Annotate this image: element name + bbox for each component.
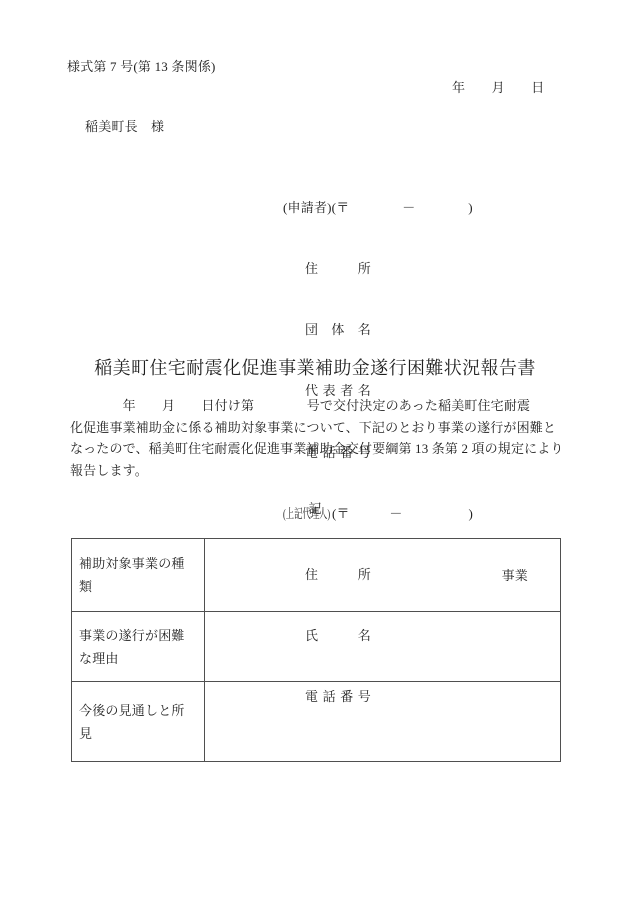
applicant-address-label: 住所 <box>305 259 371 279</box>
applicant-postal-code-field: (〒 － ) <box>332 200 473 215</box>
future-outlook-label: 今後の見通しと所見 <box>72 682 205 762</box>
date-line: 年 月 日 <box>452 77 544 96</box>
body-line-1: 年 月 日付け第 号で交付決定のあった稲美町住宅耐震 <box>70 395 562 417</box>
report-table: 補助対象事業の種類 事業 事業の遂行が困難な理由 今後の見通しと所見 <box>71 538 561 762</box>
table-row-future-outlook: 今後の見通しと所見 <box>72 682 561 762</box>
addressee: 稲美町長 様 <box>85 116 164 135</box>
document-title: 稲美町住宅耐震化促進事業補助金遂行困難状況報告書 <box>0 354 630 380</box>
applicant-org-row: 団体名 <box>283 320 473 340</box>
future-outlook-value <box>205 682 561 762</box>
applicant-org-label: 団体名 <box>305 320 371 340</box>
applicant-header: (申請者)(〒 － ) <box>283 198 473 218</box>
body-paragraph: 年 月 日付け第 号で交付決定のあった稲美町住宅耐震 化促進事業補助金に係る補助… <box>70 395 562 481</box>
applicant-paren-label: (申請者) <box>283 200 332 215</box>
table-row-difficulty-reason: 事業の遂行が困難な理由 <box>72 612 561 682</box>
form-number: 様式第 7 号(第 13 条関係) <box>67 56 216 75</box>
body-line-4: 報告します。 <box>70 460 562 482</box>
project-type-value: 事業 <box>205 539 561 612</box>
project-type-label: 補助対象事業の種類 <box>72 539 205 612</box>
body-line-3: なったので、稲美町住宅耐震化促進事業補助金交付要綱第 13 条第 2 項の規定に… <box>70 438 562 460</box>
difficulty-reason-label: 事業の遂行が困難な理由 <box>72 612 205 682</box>
document-page: 様式第 7 号(第 13 条関係) 年 月 日 稲美町長 様 (申請者)(〒 －… <box>0 0 630 903</box>
difficulty-reason-value <box>205 612 561 682</box>
applicant-address-row: 住所 <box>283 259 473 279</box>
body-line-2: 化促進事業補助金に係る補助対象事業について、下記のとおり事業の遂行が困難と <box>70 417 562 439</box>
table-row-project-type: 補助対象事業の種類 事業 <box>72 539 561 612</box>
ki-marker: 記 <box>0 498 630 517</box>
